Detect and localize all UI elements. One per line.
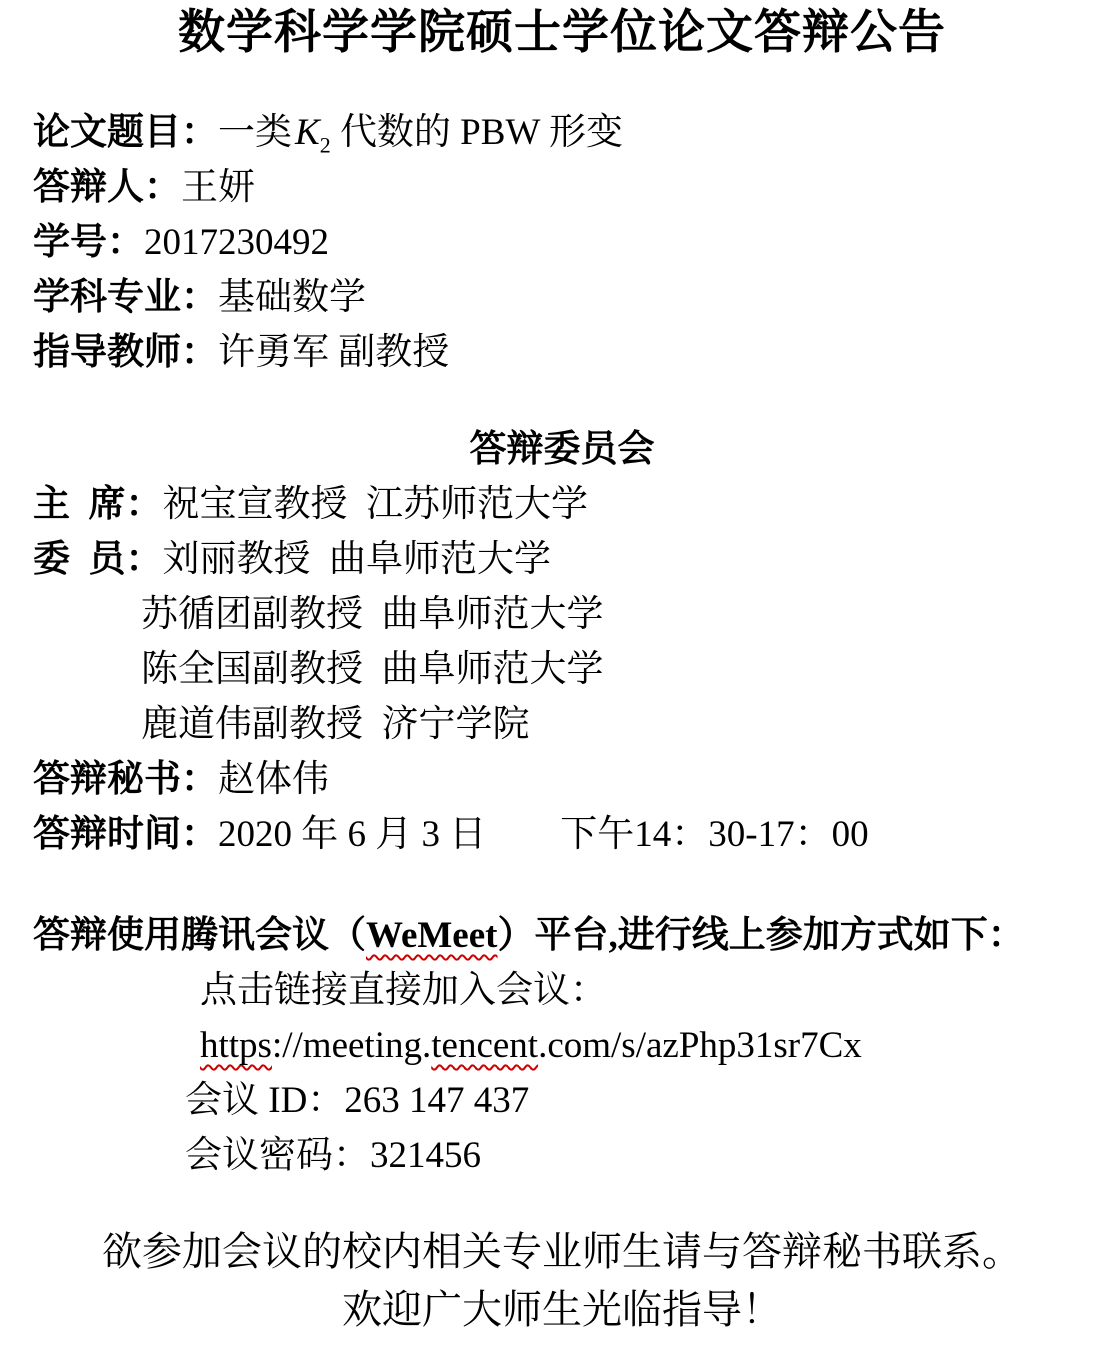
join-link-label: 点击链接直接加入会议：: [33, 963, 1091, 1018]
defender-value: 王妍: [181, 167, 255, 208]
footer-contact-note: 欲参加会议的校内相关专业师生请与答辩秘书联系。: [33, 1223, 1091, 1281]
defender-label: 答辩人：: [33, 167, 181, 208]
page-title: 数学科学学院硕士学位论文答辩公告: [33, 4, 1091, 63]
committee-chair-value: 祝宝宣教授 江苏师范大学: [163, 484, 589, 525]
committee-heading: 答辩委员会: [33, 422, 1091, 477]
major-row: 学科专业：基础数学: [33, 270, 1091, 325]
meeting-password-value: 321456: [370, 1135, 481, 1176]
advisor-label: 指导教师：: [33, 332, 218, 373]
major-label: 学科专业：: [33, 277, 218, 318]
meeting-id-value: 263 147 437: [344, 1080, 529, 1121]
meeting-url[interactable]: https://meeting.tencent.com/s/azPhp31sr7…: [200, 1025, 862, 1066]
meeting-url-path: .com/s/azPhp31sr7Cx: [538, 1025, 862, 1066]
student-id-value: 2017230492: [144, 222, 329, 263]
meeting-intro-pre: 答辩使用腾讯会议（: [33, 915, 366, 956]
defender-row: 答辩人：王妍: [33, 160, 1091, 215]
thesis-title-label: 论文题目：: [33, 112, 218, 153]
secretary-label: 答辩秘书：: [33, 759, 218, 800]
defense-time-label: 答辩时间：: [33, 814, 218, 855]
committee-members-label: 委 员：: [33, 539, 163, 580]
meeting-intro-row: 答辩使用腾讯会议（WeMeet）平台,进行线上参加方式如下：: [33, 908, 1091, 963]
secretary-row: 答辩秘书：赵体伟: [33, 752, 1091, 807]
advisor-row: 指导教师：许勇军 副教授: [33, 325, 1091, 380]
student-id-row: 学号：2017230492: [33, 215, 1091, 270]
committee-section: 主 席：祝宝宣教授 江苏师范大学 委 员：刘丽教授 曲阜师范大学 苏循团副教授 …: [33, 477, 1091, 862]
thesis-variable: K: [292, 112, 320, 153]
committee-member: 刘丽教授 曲阜师范大学: [163, 539, 552, 580]
thesis-title-suffix: 代数的 PBW 形变: [331, 112, 623, 153]
meeting-password-row: 会议密码：321456: [33, 1128, 1091, 1183]
major-value: 基础数学: [218, 277, 366, 318]
meeting-url-domain: tencent: [431, 1025, 538, 1066]
footer-welcome-note: 欢迎广大师生光临指导！: [33, 1281, 1091, 1339]
committee-member: 苏循团副教授 曲阜师范大学: [33, 587, 1091, 642]
meeting-password-label: 会议密码：: [185, 1135, 370, 1176]
meeting-id-row: 会议 ID：263 147 437: [33, 1073, 1091, 1128]
meeting-intro-post: ）平台,进行线上参加方式如下：: [497, 915, 1024, 956]
meeting-url-scheme: https: [200, 1025, 272, 1066]
defense-time-row: 答辩时间：2020 年 6 月 3 日 下午14：30-17：00: [33, 807, 1091, 862]
thesis-title-prefix: 一类: [218, 112, 292, 153]
meeting-platform-name: WeMeet: [366, 915, 497, 956]
thesis-title-row: 论文题目：一类K2 代数的 PBW 形变: [33, 105, 1091, 160]
advisor-value: 许勇军 副教授: [218, 332, 449, 373]
thesis-info-section: 论文题目：一类K2 代数的 PBW 形变 答辩人：王妍 学号：201723049…: [33, 105, 1091, 380]
thesis-variable-subscript: 2: [320, 132, 331, 157]
meeting-id-label: 会议 ID：: [185, 1080, 344, 1121]
committee-chair-row: 主 席：祝宝宣教授 江苏师范大学: [33, 477, 1091, 532]
defense-announcement-document: 数学科学学院硕士学位论文答辩公告 论文题目：一类K2 代数的 PBW 形变 答辩…: [0, 0, 1111, 1339]
defense-time-value: 2020 年 6 月 3 日 下午14：30-17：00: [218, 814, 869, 855]
committee-members-row: 委 员：刘丽教授 曲阜师范大学: [33, 532, 1091, 587]
meeting-section: 答辩使用腾讯会议（WeMeet）平台,进行线上参加方式如下： 点击链接直接加入会…: [33, 908, 1091, 1183]
meeting-url-host: ://meeting.: [272, 1025, 431, 1066]
committee-member: 鹿道伟副教授 济宁学院: [33, 697, 1091, 752]
student-id-label: 学号：: [33, 222, 144, 263]
committee-member: 陈全国副教授 曲阜师范大学: [33, 642, 1091, 697]
meeting-url-row: https://meeting.tencent.com/s/azPhp31sr7…: [33, 1018, 1091, 1073]
committee-chair-label: 主 席：: [33, 484, 163, 525]
secretary-value: 赵体伟: [218, 759, 329, 800]
footer-section: 欲参加会议的校内相关专业师生请与答辩秘书联系。 欢迎广大师生光临指导！: [33, 1223, 1091, 1339]
